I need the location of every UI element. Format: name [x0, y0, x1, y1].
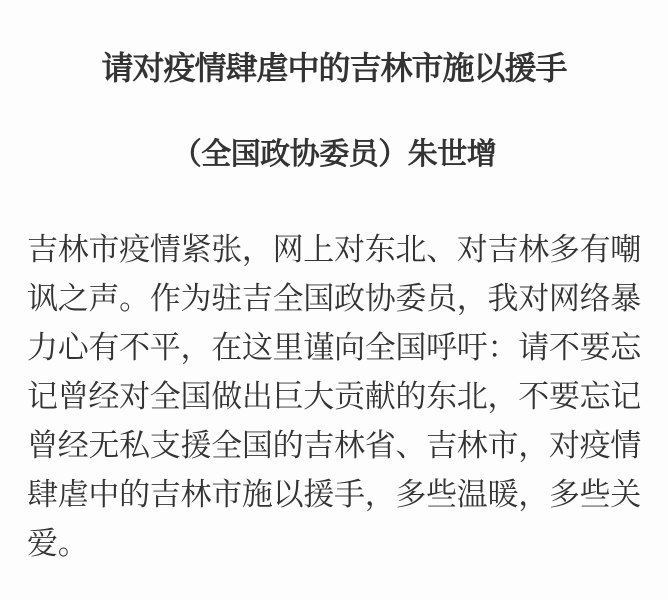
- article-byline: （全国政协委员）朱世增: [0, 137, 668, 173]
- article-page: 请对疫情肆虐中的吉林市施以援手 （全国政协委员）朱世增 吉林市疫情紧张，网上对东…: [0, 0, 668, 600]
- body-line-2: 讽之声。作为驻吉全国政协委员，我对网络暴: [27, 274, 653, 323]
- body-line-4: 记曾经对全国做出巨大贡献的东北，不要忘记: [27, 372, 653, 421]
- body-line-3: 力心有不平，在这里谨向全国呼吁：请不要忘: [27, 323, 653, 372]
- body-line-7: 爱。: [27, 519, 653, 568]
- body-line-5: 曾经无私支援全国的吉林省、吉林市，对疫情: [27, 421, 653, 470]
- article-body: 吉林市疫情紧张，网上对东北、对吉林多有嘲 讽之声。作为驻吉全国政协委员，我对网络…: [0, 225, 668, 568]
- body-line-6: 肆虐中的吉林市施以援手，多些温暖，多些关: [27, 470, 653, 519]
- body-line-1: 吉林市疫情紧张，网上对东北、对吉林多有嘲: [27, 225, 653, 274]
- article-title: 请对疫情肆虐中的吉林市施以援手: [0, 0, 668, 87]
